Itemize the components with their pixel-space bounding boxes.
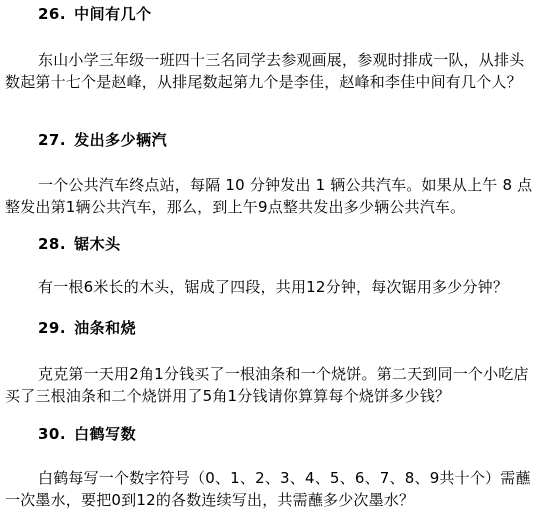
problem-title: 中间有几个 [74,5,152,23]
problem-title: 锯木头 [74,235,121,253]
problem-text: 东山小学三年级一班四十三名同学去参观画展，参观时排成一队，从排头数起第十七个是赵… [5,49,535,93]
problem-text: 一个公共汽车终点站，每隔 10 分钟发出 1 辆公共汽车。如果从上午 8 点整发… [5,174,535,218]
problem-number: 30. [38,425,66,443]
problem-heading: 26.中间有几个 [38,5,152,23]
problem-number: 28. [38,235,66,253]
problem-number: 27. [38,131,66,149]
problem-text: 白鹤每写一个数字符号（0、1、2、3、4、5、6、7、8、9共十个）需蘸一次墨水… [5,467,535,511]
problem-title: 发出多少辆汽 [74,131,167,149]
problem-heading: 29.油条和烧 [38,319,136,337]
problem-heading: 27.发出多少辆汽 [38,131,167,149]
problem-heading: 30.白鹤写数 [38,425,136,443]
problem-number: 29. [38,319,66,337]
problem-number: 26. [38,5,66,23]
problem-title: 白鹤写数 [74,425,136,443]
problem-text: 有一根6米长的木头，锯成了四段，共用12分钟，每次锯用多少分钟？ [38,276,535,298]
problem-title: 油条和烧 [74,319,136,337]
problem-text: 克克第一天用2角1分钱买了一根油条和一个烧饼。第二天到同一个小吃店买了三根油条和… [5,363,535,407]
problem-heading: 28.锯木头 [38,235,121,253]
